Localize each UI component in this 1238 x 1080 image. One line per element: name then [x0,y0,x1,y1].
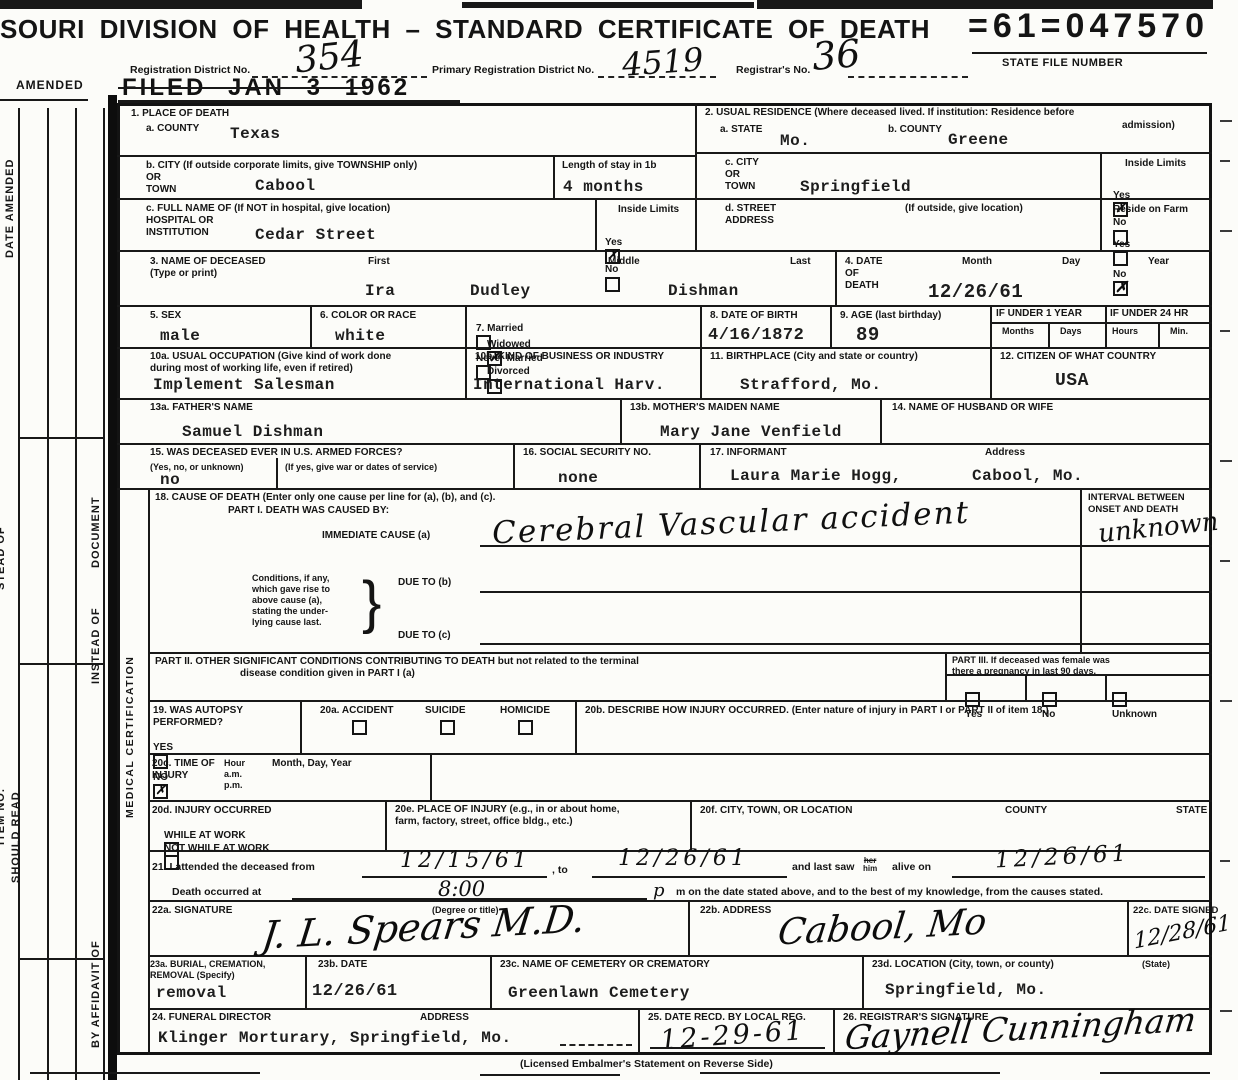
inside-limits-2c-label: Inside Limits [1125,158,1186,170]
rule [117,398,1212,400]
rule [575,700,577,753]
form-left-bar [108,95,117,1080]
occupation-label: 10a. USUAL OCCUPATION (Give kind of work… [150,351,391,375]
injury-county-label: COUNTY [1005,805,1047,817]
length-of-stay-label: Length of stay in 1b [562,160,656,172]
residence-county-value: Greene [948,132,1009,150]
margin-label-document: DOCUMENT [90,468,102,568]
ssn-label: 16. SOCIAL SECURITY NO. [523,447,651,459]
rule [300,700,302,753]
funeral-director-value: Klinger Morturary, Springfield, Mo. [158,1030,512,1048]
rule [833,1008,835,1055]
conditions-brace: } [362,568,381,639]
yes-label: Yes [605,237,622,248]
month-label: Month [962,256,992,268]
amended-label: AMENDED [16,78,84,93]
rule [117,250,1212,252]
fathers-name-label: 13a. FATHER'S NAME [150,402,253,414]
margin-label-medical-certification: MEDICAL CERTIFICATION [124,553,136,818]
rule [385,800,387,850]
rule [465,305,467,347]
rule [430,753,432,800]
rule [830,305,832,347]
inside-limits-1c-no-checkbox[interactable] [605,277,620,292]
industry-label: 10b. KIND OF BUSINESS OR INDUSTRY [475,351,664,363]
informant-address-value: Cabool, Mo. [972,468,1083,486]
place-of-injury-label: 20e. PLACE OF INJURY (e.g., in or about … [395,804,619,828]
residence-city-value: Springfield [800,179,911,197]
rule [465,347,467,398]
part2-label-line1: PART II. OTHER SIGNIFICANT CONDITIONS CO… [155,656,639,668]
rule [148,753,1212,755]
address-22b-label: 22b. ADDRESS [700,905,771,917]
rule [592,876,787,878]
rule [117,488,1212,490]
rule [117,305,1212,307]
day-label: Day [1062,256,1080,268]
registrar-no-label: Registrar's No. [736,64,810,77]
rule [695,152,1212,154]
rule [148,800,1212,802]
registrar-no-value: 36 [810,34,861,76]
rule [117,347,1212,349]
first-name-label: First [368,256,390,268]
industry-value: International Harv. [473,377,665,395]
rule [700,305,702,347]
attended-from-value: 12/15/61 [400,850,531,872]
informant-value: Laura Marie Hogg, [730,468,902,486]
binding-mark [1220,700,1232,702]
sex-label: 5. SEX [150,310,181,322]
rule [513,443,515,488]
months-label: Months [1002,326,1034,337]
rule [700,347,702,398]
death-certificate-document: SOURI DIVISION OF HEALTH – STANDARD CERT… [0,0,1238,1080]
last-name-label: Last [790,256,811,268]
hour-ampm-label: Hour a.m. p.m. [224,758,245,791]
not-while-at-work-label: NOT WHILE AT WORK [164,843,270,854]
rule [695,103,697,250]
rule [690,800,692,850]
middle-name-label: Middle [608,256,640,268]
embalmer-note: (Licensed Embalmer's Statement on Revers… [520,1058,773,1071]
injury-city-label: 20f. CITY, TOWN, OR LOCATION [700,805,852,817]
him-label: him [863,864,877,873]
state-file-number: =61=047570 [968,6,1209,47]
binding-mark [1220,1010,1232,1012]
rule [117,198,1212,200]
autopsy-label: 19. WAS AUTOPSY PERFORMED? [153,705,243,729]
primary-district-value: 4519 [621,43,704,81]
armed-forces-note2: (If yes, give war or dates of service) [285,462,437,473]
armed-forces-value: no [160,472,180,490]
residence-state-label: a. STATE [720,124,762,136]
rule [560,1044,632,1046]
death-ampm-value: p [653,882,665,900]
cause-of-death-label: 18. CAUSE OF DEATH (Enter only one cause… [155,492,495,504]
occupation-value: Implement Salesman [153,377,335,395]
rule [292,898,647,900]
margin-label-date-amended: DATE AMENDED [4,118,16,258]
usual-residence-label: 2. USUAL RESIDENCE (Where deceased lived… [705,107,1210,119]
rule [117,155,695,157]
rule [650,1047,825,1049]
rule [638,1008,640,1055]
binding-mark [1220,120,1232,122]
yes-label: YES [153,742,173,753]
top-bar [0,0,362,9]
part2-label-line2: disease condition given in PART I (a) [240,668,415,680]
middle-name-value: Dudley [470,283,531,301]
birthplace-value: Strafford, Mo. [740,377,881,395]
rule [148,652,1212,654]
rule [480,591,1212,593]
rule [1127,900,1129,955]
informant-label: 17. INFORMANT [710,447,787,459]
her-him-label: her him [863,857,877,873]
rule [103,108,105,1080]
first-name-value: Ira [365,283,395,301]
yes-label: Yes [1113,190,1130,201]
rule [1025,674,1027,700]
death-time-value: 8:00 [438,879,485,900]
binding-mark [1220,230,1232,232]
margin-label-by-affidavit-of: BY AFFIDAVIT OF [90,878,102,1048]
part1-label: PART I. DEATH WAS CAUSED BY: [228,505,389,517]
accident-checkbox[interactable] [352,720,367,735]
street-address-note: (If outside, give location) [905,203,1023,215]
rule [699,443,701,488]
attended-to-value: 12/26/61 [618,848,749,870]
due-to-b-label: DUE TO (b) [398,577,451,589]
rule [972,52,1207,54]
informant-address-label: Address [985,447,1025,459]
rule [990,347,992,398]
location-state-note: (State) [1142,959,1170,970]
birthplace-label: 11. BIRTHPLACE (City and state or countr… [710,351,918,363]
county-of-death-value: Texas [230,126,281,144]
rule [117,443,1212,445]
homicide-label: HOMICIDE [500,705,550,717]
farm-yes-checkbox[interactable] [1113,251,1128,266]
date-of-death-label: 4. DATE OF DEATH [845,256,883,293]
margin-label-should-read: SHOULD READ [10,763,22,883]
last-saw-label: and last saw [792,861,854,874]
rule [700,1072,1000,1074]
checkbox-mark: ✗ [155,783,165,797]
homicide-checkbox[interactable] [518,720,533,735]
residence-county-label: b. COUNTY [888,124,942,136]
rule [148,955,1212,957]
armed-forces-label: 15. WAS DECEASED EVER IN U.S. ARMED FORC… [150,447,402,459]
margin-label-instead-of: INSTEAD OF [90,574,102,684]
burial-date-value: 12/26/61 [312,983,398,1002]
burial-label: 23a. BURIAL, CREMATION, REMOVAL (Specify… [150,959,265,981]
time-of-injury-label: 20c. TIME OF INJURY [152,758,215,782]
signature-label: 22a. SIGNATURE [152,905,232,917]
rule [1100,1072,1210,1074]
citizen-label: 12. CITIZEN OF WHAT COUNTRY [1000,351,1156,363]
age-value: 89 [856,325,880,346]
suicide-label: SUICIDE [425,705,466,717]
if-under-24-hr-label: IF UNDER 24 HR [1110,308,1188,320]
county-of-death-label: a. COUNTY [146,123,199,135]
rule [0,99,88,101]
usual-residence-label2: admission) [1122,120,1175,132]
rule [553,155,555,198]
cemetery-label: 23c. NAME OF CEMETERY OR CREMATORY [500,959,710,971]
rule [1158,322,1160,347]
attended-label: 21. I attended the deceased from [152,861,315,874]
place-of-death-label: 1. PLACE OF DEATH [131,108,229,120]
citizen-value: USA [1055,372,1089,392]
rule [148,900,1212,902]
color-or-race-label: 6. COLOR OR RACE [320,310,416,322]
rule [880,398,882,443]
funeral-director-address-label: ADDRESS [420,1012,469,1024]
burial-value: removal [156,985,227,1003]
rule [1048,322,1050,347]
rule [30,1072,260,1074]
inside-limits-1c-label: Inside Limits [618,204,679,216]
rule [945,652,947,700]
binding-mark [1220,160,1230,162]
name-of-deceased-label: 3. NAME OF DECEASED (Type or print) [150,256,266,280]
primary-district-label: Primary Registration District No. [432,64,594,77]
attended-to-label: , to [552,864,568,877]
autopsy-no-checkbox[interactable]: ✗ [153,784,168,799]
binding-mark [1220,460,1232,462]
describe-injury-label: 20b. DESCRIBE HOW INJURY OCCURRED. (Ente… [585,705,1205,717]
rule [952,876,1205,878]
rule [1080,488,1082,652]
funeral-director-label: 24. FUNERAL DIRECTOR [152,1012,271,1024]
last-name-value: Dishman [668,283,739,301]
reside-on-farm-label: Reside on Farm [1113,204,1188,216]
fathers-name-value: Samuel Dishman [182,424,323,442]
year-label: Year [1148,256,1169,268]
rule [310,305,312,347]
date-of-birth-label: 8. DATE OF BIRTH [710,310,798,322]
injury-state-label: STATE [1176,805,1207,817]
rule [620,398,622,443]
death-statement-label: m on the date stated above, and to the b… [676,886,1216,899]
cemetery-value: Greenlawn Cemetery [508,985,690,1003]
injury-occurred-label: 20d. INJURY OCCURRED [152,805,271,817]
reside-on-farm-boxes: Yes No ✗ [1113,227,1131,296]
color-or-race-value: white [335,328,386,346]
rule [862,955,864,1008]
husband-or-wife-label: 14. NAME OF HUSBAND OR WIFE [892,402,1053,414]
alive-on-label: alive on [892,861,931,874]
rule [990,322,1212,324]
rule [18,108,20,1080]
burial-date-label: 23b. DATE [318,959,367,971]
checkbox-mark: ✗ [1115,279,1128,296]
margin-label-item-no: ITEM NO. [0,760,7,845]
due-to-c-label: DUE TO (c) [398,630,451,642]
rule [118,87,366,89]
date-of-death-value: 12/26/61 [928,282,1023,303]
hours-label: Hours [1112,326,1138,337]
widowed-label: Widowed [487,339,531,350]
rule [276,458,278,488]
mothers-maiden-name-label: 13b. MOTHER'S MAIDEN NAME [630,402,780,414]
farm-no-checkbox[interactable]: ✗ [1113,281,1128,296]
residence-state-value: Mo. [780,133,810,151]
rule [305,955,307,1008]
if-under-1-year-label: IF UNDER 1 YEAR [996,308,1082,320]
sex-value: male [160,328,200,346]
yes-label: Yes [1113,239,1130,250]
days-label: Days [1060,326,1082,337]
death-occurred-label: Death occurred at [172,886,261,899]
top-bar [462,2,754,8]
rule [1105,674,1107,700]
rule [990,305,992,347]
rule [1100,152,1102,250]
rule [75,108,77,1080]
date-of-birth-value: 4/16/1872 [708,327,804,346]
location-value: Springfield, Mo. [885,982,1047,1000]
rule [480,643,1212,645]
city-of-death-value: Cabool [255,178,316,196]
month-day-year-label: Month, Day, Year [272,758,352,770]
rule [47,108,49,1080]
rule [18,437,103,439]
residence-city-label: c. CITY OR TOWN [725,157,759,194]
ssn-value: none [558,470,598,488]
age-label: 9. AGE (last birthday) [840,310,941,322]
part3-label: PART III. If deceased was female was the… [952,655,1110,677]
accident-label: 20a. ACCIDENT [320,705,394,717]
binding-mark [1220,860,1230,862]
rule [1105,305,1107,347]
rule [595,198,597,250]
length-of-stay-value: 4 months [563,179,644,197]
margin-label-instead-of: STEAD OF [0,490,7,590]
rule [835,250,837,305]
institution-value: Cedar Street [255,227,376,245]
state-file-number-label: STATE FILE NUMBER [1002,57,1123,70]
conditions-note: Conditions, if any, which gave rise to a… [252,573,330,628]
min-label: Min. [1170,326,1188,337]
rule [480,1074,620,1076]
rule [848,76,968,78]
immediate-cause-label: IMMEDIATE CAUSE (a) [322,530,430,542]
rule [490,955,492,1008]
mothers-maiden-name-value: Mary Jane Venfield [660,424,842,442]
binding-mark [1220,330,1230,332]
suicide-checkbox[interactable] [440,720,455,735]
location-label: 23d. LOCATION (City, town, or county) [872,959,1054,971]
street-address-label: d. STREET ADDRESS [725,203,776,227]
rule [688,900,690,955]
binding-mark [1220,560,1230,562]
